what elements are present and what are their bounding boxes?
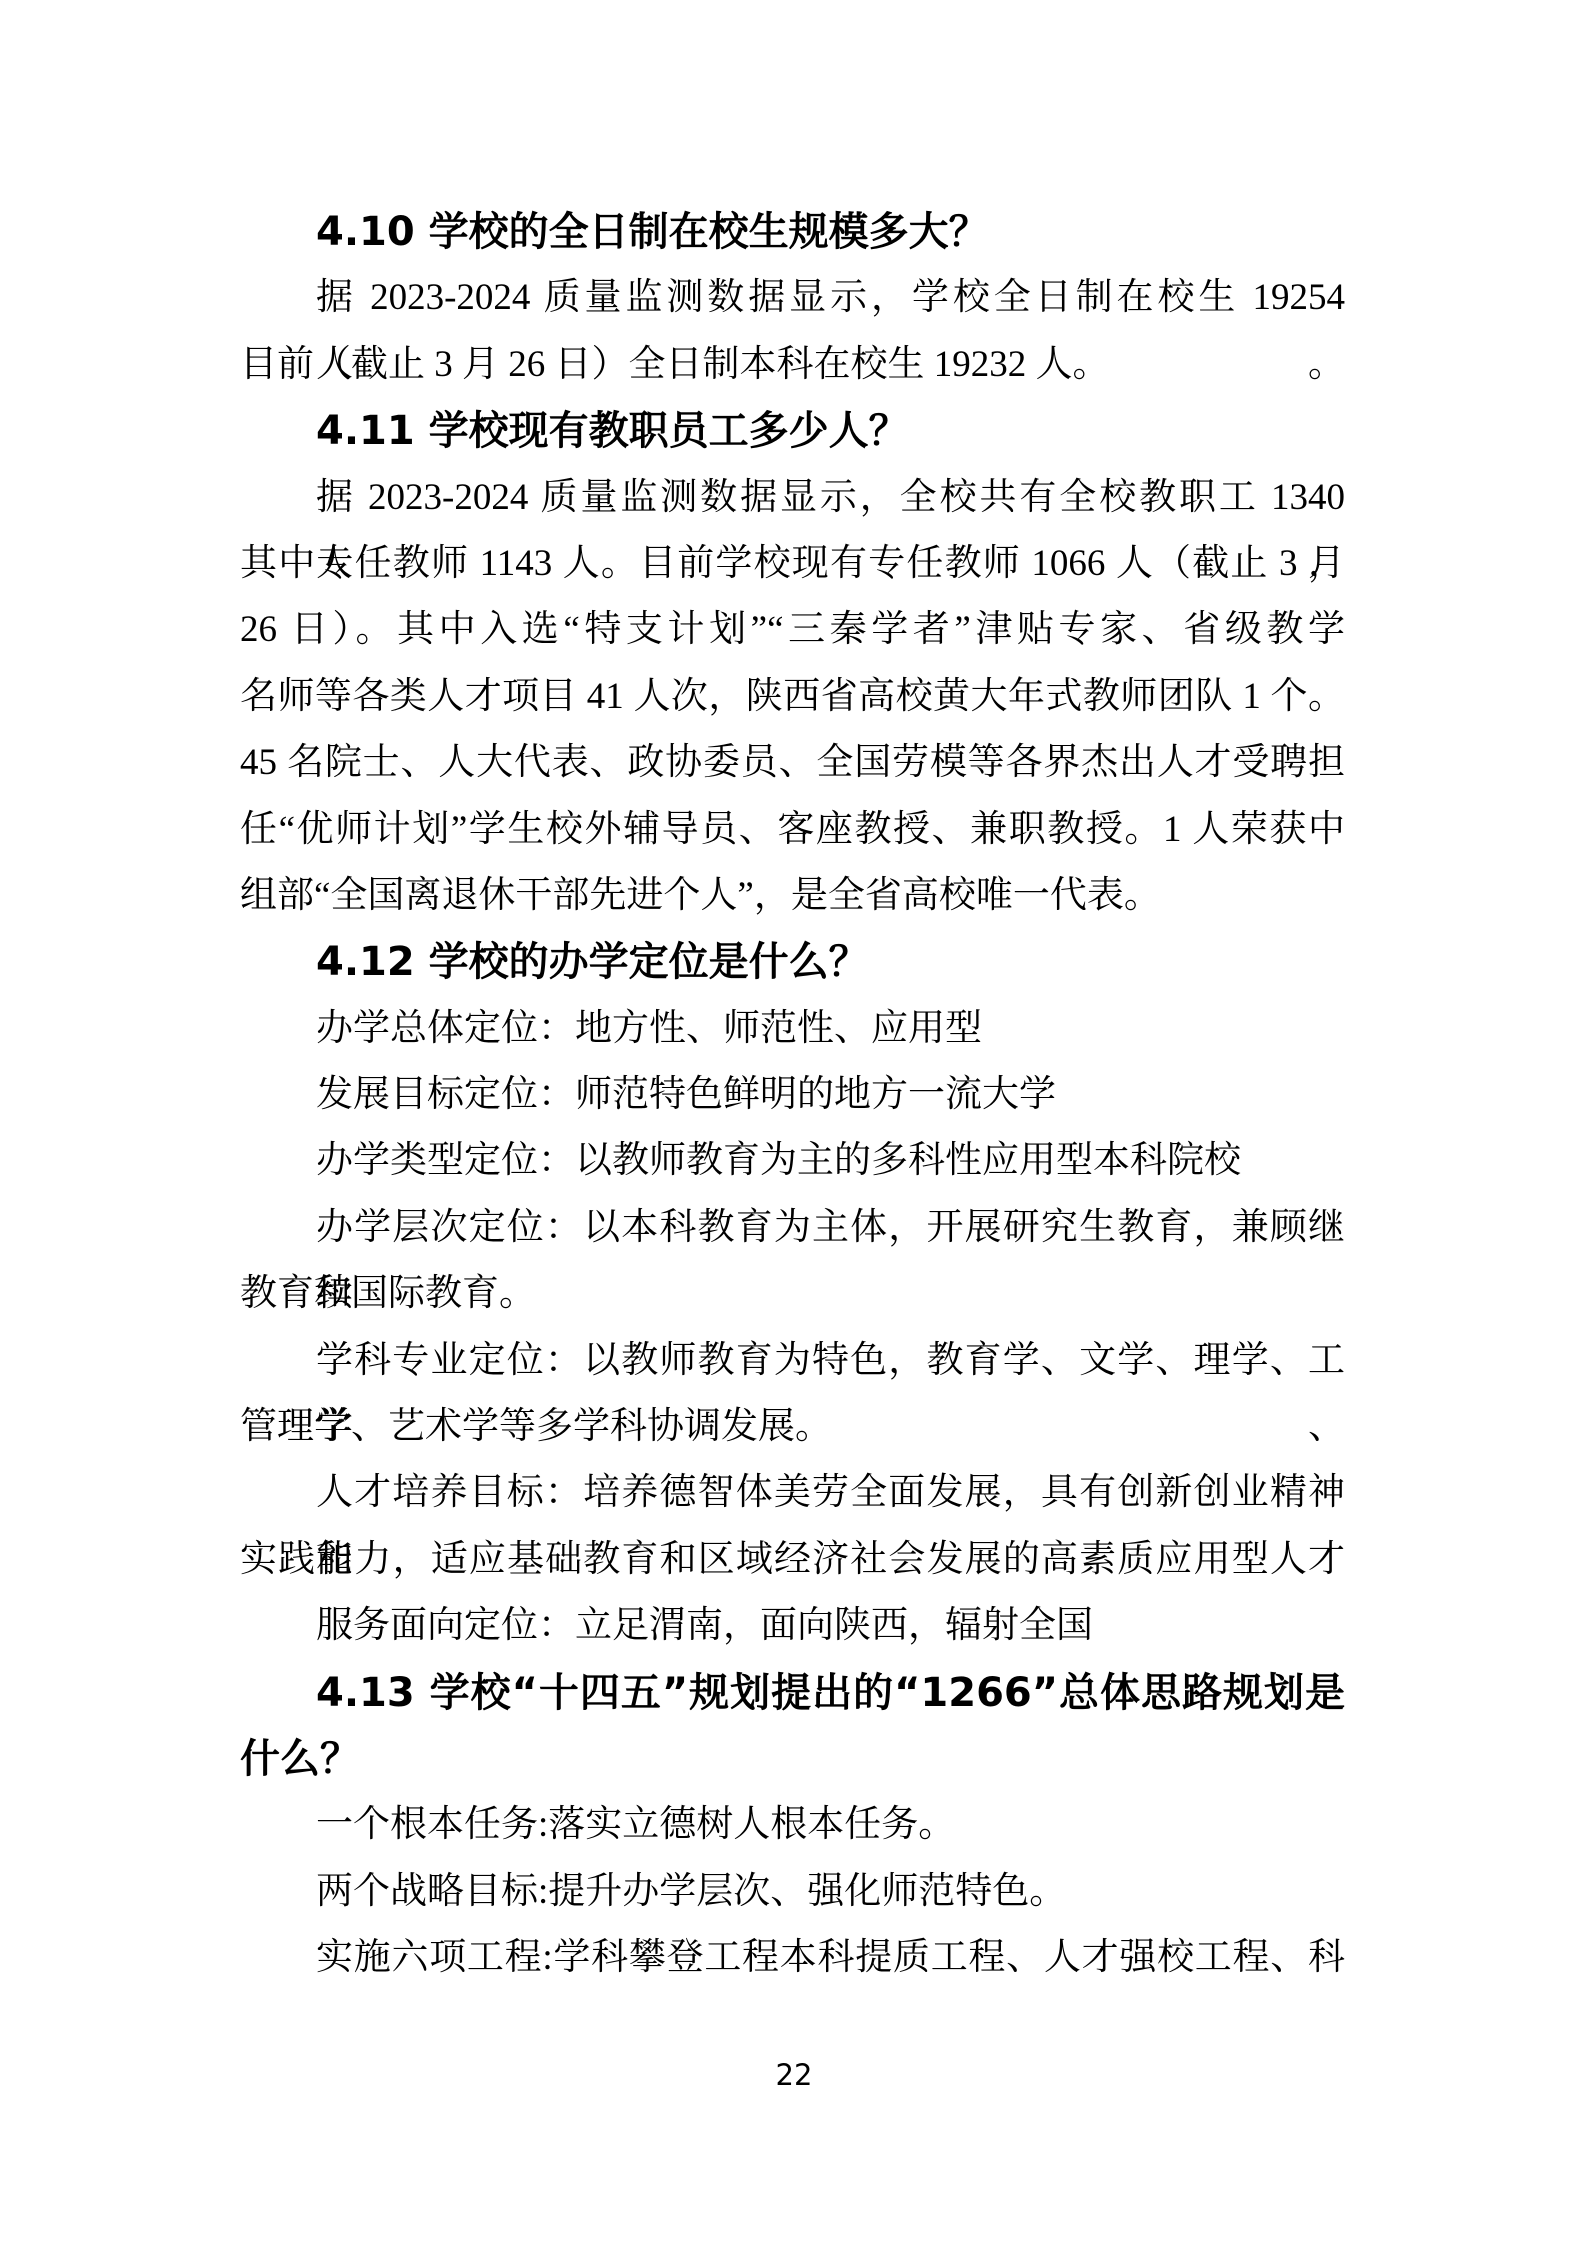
positioning-goal-line: 发展目标定位：师范特色鲜明的地方一流大学: [240, 1062, 1345, 1128]
goals-strategic-line: 两个战略目标:提升办学层次、强化师范特色。: [240, 1859, 1345, 1925]
service-orientation-line: 服务面向定位：立足渭南，面向陕西，辐射全国: [240, 1593, 1345, 1659]
document-content: 4.10 学校的全日制在校生规模多大？ 据 2023-2024 质量监测数据显示…: [240, 199, 1345, 1992]
document-page: 4.10 学校的全日制在校生规模多大？ 据 2023-2024 质量监测数据显示…: [0, 0, 1588, 2245]
paragraph-4-11-line-5: 45 名院士、人大代表、政协委员、全国劳模等各界杰出人才受聘担: [240, 730, 1345, 796]
positioning-level-line-2: 教育和国际教育。: [240, 1261, 1345, 1327]
positioning-discipline-line-1: 学科专业定位：以教师教育为特色，教育学、文学、理学、工学、: [240, 1328, 1345, 1394]
talent-goal-line-2: 实践能力，适应基础教育和区域经济社会发展的高素质应用型人才: [240, 1527, 1345, 1593]
task-fundamental-line: 一个根本任务:落实立德树人根本任务。: [240, 1792, 1345, 1858]
paragraph-4-11-line-6: 任“优师计划”学生校外辅导员、客座教授、兼职教授。1 人荣获中: [240, 797, 1345, 863]
talent-goal-line-1: 人才培养目标：培养德智体美劳全面发展，具有创新创业精神和: [240, 1460, 1345, 1526]
paragraph-4-11-line-4: 名师等各类人才项目 41 人次，陕西省高校黄大年式教师团队 1 个。: [240, 664, 1345, 730]
projects-six-line: 实施六项工程:学科攀登工程本科提质工程、人才强校工程、科: [240, 1925, 1345, 1991]
positioning-overall-line: 办学总体定位：地方性、师范性、应用型: [240, 996, 1345, 1062]
positioning-type-line: 办学类型定位：以教师教育为主的多科性应用型本科院校: [240, 1128, 1345, 1194]
paragraph-4-11-line-7: 组部“全国离退休干部先进个人”，是全省高校唯一代表。: [240, 863, 1345, 929]
section-heading-4-13-line-2: 什么？: [240, 1726, 1345, 1792]
positioning-level-line-1: 办学层次定位：以本科教育为主体，开展研究生教育，兼顾继续: [240, 1195, 1345, 1261]
section-heading-4-13-line-1: 4.13 学校“十四五”规划提出的“1266”总体思路规划是: [240, 1660, 1345, 1726]
paragraph-4-11-line-1: 据 2023-2024 质量监测数据显示，全校共有全校教职工 1340 人，: [240, 465, 1345, 531]
paragraph-4-11-line-3: 26 日）。其中入选“特支计划”“三秦学者”津贴专家、省级教学: [240, 597, 1345, 663]
paragraph-4-11-line-2: 其中专任教师 1143 人。目前学校现有专任教师 1066 人（截止 3 月: [240, 531, 1345, 597]
section-heading-4-12: 4.12 学校的办学定位是什么？: [240, 929, 1345, 995]
section-heading-4-11: 4.11 学校现有教职员工多少人？: [240, 398, 1345, 464]
paragraph-4-10-line-1: 据 2023-2024 质量监测数据显示，学校全日制在校生 19254 人。: [240, 265, 1345, 331]
page-number: 22: [0, 2052, 1588, 2098]
section-heading-4-10: 4.10 学校的全日制在校生规模多大？: [240, 199, 1345, 265]
